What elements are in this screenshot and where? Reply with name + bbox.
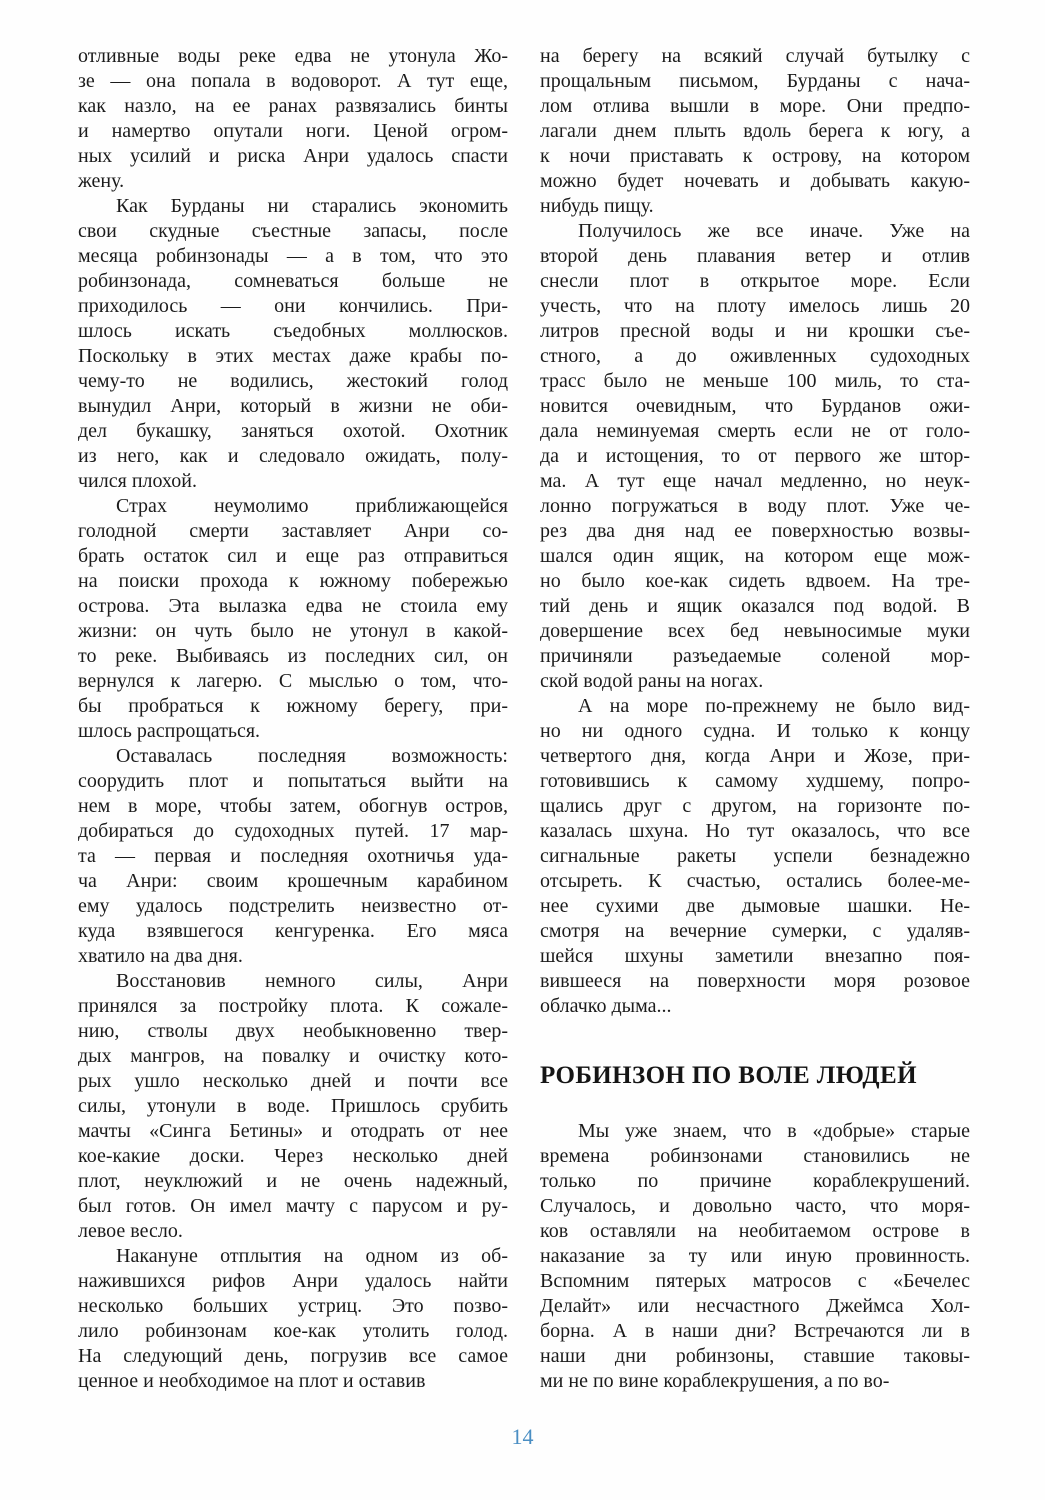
text-line: ему удалось подстрелить неизвестно от- — [78, 894, 508, 919]
text-line: лом отлива вышли в море. Они предпо- — [540, 94, 970, 119]
text-line: хватило на два дня. — [78, 944, 508, 969]
text-line: литров пресной воды и ни крошки съе- — [540, 319, 970, 344]
text-line: смотря на вечерние сумерки, с удаляв- — [540, 919, 970, 944]
text-line: мачты «Синга Бетины» и отодрать от нее — [78, 1119, 508, 1144]
text-line: щались друг с другом, на горизонте по- — [540, 794, 970, 819]
text-line: Случалось, и довольно часто, что моря- — [540, 1194, 970, 1219]
text-line: несколько больших устриц. Это позво- — [78, 1294, 508, 1319]
text-line: и намертво опутали ноги. Ценой огром- — [78, 119, 508, 144]
text-line: но было кое-как сидеть вдвоем. На тре- — [540, 569, 970, 594]
text-line: ма. А тут еще начал медленно, но неук- — [540, 469, 970, 494]
text-line: Накануне отплытия на одном из об- — [78, 1244, 508, 1269]
text-line: лагали днем плыть вдоль берега к югу, а — [540, 119, 970, 144]
text-line: добираться до судоходных путей. 17 мар- — [78, 819, 508, 844]
paragraph: отливные воды реке едва не утонула Жо-зе… — [78, 44, 508, 194]
text-line: ных усилий и риска Анри удалось спасти — [78, 144, 508, 169]
paragraph: Оставалась последняя возможность:сооруди… — [78, 744, 508, 969]
text-line: ми не по вине кораблекрушения, а по во- — [540, 1369, 970, 1394]
text-line: отсыреть. К счастью, остались более-ме- — [540, 869, 970, 894]
text-line: Поскольку в этих местах даже крабы по- — [78, 344, 508, 369]
text-line: Как Бурданы ни старались экономить — [78, 194, 508, 219]
text-line: облачко дыма... — [540, 994, 970, 1019]
paragraph: Накануне отплытия на одном из об-наживши… — [78, 1244, 508, 1394]
text-line: был готов. Он имел мачту с парусом и ру- — [78, 1194, 508, 1219]
text-line: шался один ящик, на котором еще мож- — [540, 544, 970, 569]
text-line: довершение всех бед невыносимые муки — [540, 619, 970, 644]
text-line: Оставалась последняя возможность: — [78, 744, 508, 769]
left-column: отливные воды реке едва не утонула Жо-зе… — [78, 44, 508, 1394]
text-line: то реке. Выбиваясь из последних сил, он — [78, 644, 508, 669]
text-line: шлось искать съедобных моллюсков. — [78, 319, 508, 344]
text-line: новится очевидным, что Бурданов ожи- — [540, 394, 970, 419]
text-line: брать остаток сил и еще раз отправиться — [78, 544, 508, 569]
text-line: как назло, на ее ранах развязались бинты — [78, 94, 508, 119]
text-line: шейся шхуны заметили внезапно поя- — [540, 944, 970, 969]
paragraph: А на море по-прежнему не было вид-но ни … — [540, 694, 970, 1019]
text-line: вившееся на поверхности моря розовое — [540, 969, 970, 994]
text-line: та — первая и последняя охотничья уда- — [78, 844, 508, 869]
text-line: Делайт» или несчастного Джеймса Хол- — [540, 1294, 970, 1319]
paragraph: Страх неумолимо приближающейсяголодной с… — [78, 494, 508, 744]
text-line: к ночи приставать к острову, на котором — [540, 144, 970, 169]
text-line: нибудь пищу. — [540, 194, 970, 219]
text-line: нию, стволы двух необыкновенно твер- — [78, 1019, 508, 1044]
text-line: нее сухими две дымовые шашки. Не- — [540, 894, 970, 919]
text-line: куда взявшегося кенгуренка. Его мяса — [78, 919, 508, 944]
text-line: соорудить плот и попытаться выйти на — [78, 769, 508, 794]
text-line: ской водой раны на ногах. — [540, 669, 970, 694]
text-line: Получилось же все иначе. Уже на — [540, 219, 970, 244]
text-line: казалась шхуна. Но тут оказалось, что вс… — [540, 819, 970, 844]
text-line: четвертого дня, когда Анри и Жозе, при- — [540, 744, 970, 769]
text-line: дых мангров, на повалку и очистку кото- — [78, 1044, 508, 1069]
text-line: плот, неуклюжий и не очень надежный, — [78, 1169, 508, 1194]
text-line: готовившись к самому худшему, попро- — [540, 769, 970, 794]
text-line: зе — она попала в водоворот. А тут еще, — [78, 69, 508, 94]
text-line: но ни одного судна. И только к концу — [540, 719, 970, 744]
text-line: сигнальные ракеты успели безнадежно — [540, 844, 970, 869]
text-line: лило робинзонам кое-как утолить голод. — [78, 1319, 508, 1344]
text-line: силы, утонули в воде. Пришлось срубить — [78, 1094, 508, 1119]
text-line: левое весло. — [78, 1219, 508, 1244]
text-line: вынудил Анри, который в жизни не оби- — [78, 394, 508, 419]
text-line: приходилось — они кончились. При- — [78, 294, 508, 319]
text-line: вернулся к лагерю. С мыслью о том, что- — [78, 669, 508, 694]
text-line: на берегу на всякий случай бутылку с — [540, 44, 970, 69]
right-column: на берегу на всякий случай бутылку спрощ… — [540, 44, 970, 1394]
text-line: На следующий день, погрузив все самое — [78, 1344, 508, 1369]
text-line: Вспомним пятерых матросов с «Бечелес — [540, 1269, 970, 1294]
text-line: ценное и необходимое на плот и оставив — [78, 1369, 508, 1394]
text-line: принялся за постройку плота. К сожале- — [78, 994, 508, 1019]
paragraph: Как Бурданы ни старались экономитьсвои с… — [78, 194, 508, 494]
text-line: рез два дня над ее поверхностью возвы- — [540, 519, 970, 544]
text-line: голодной смерти заставляет Анри со- — [78, 519, 508, 544]
text-columns: отливные воды реке едва не утонула Жо-зе… — [78, 44, 970, 1394]
text-line: да и истощения, то от первого же штор- — [540, 444, 970, 469]
text-line: наказание за ту или иную провинность. — [540, 1244, 970, 1269]
text-line: нажившихся рифов Анри удалось найти — [78, 1269, 508, 1294]
paragraph: Мы уже знаем, что в «добрые» старыевреме… — [540, 1119, 970, 1394]
paragraph: Получилось же все иначе. Уже навторой де… — [540, 219, 970, 694]
text-line: бы пробраться к южному берегу, при- — [78, 694, 508, 719]
text-line: шлось распрощаться. — [78, 719, 508, 744]
text-line: на поиски прохода к южному побережью — [78, 569, 508, 594]
text-line: времена робинзонами становились не — [540, 1144, 970, 1169]
text-line: прощальным письмом, Бурданы с нача- — [540, 69, 970, 94]
paragraph: Восстановив немного силы, Анрипринялся з… — [78, 969, 508, 1244]
text-line: снесли плот в открытое море. Если — [540, 269, 970, 294]
text-line: ча Анри: своим крошечным карабином — [78, 869, 508, 894]
text-line: дала неминуемая смерть если не от голо- — [540, 419, 970, 444]
text-line: трасс было не меньше 100 миль, то ста- — [540, 369, 970, 394]
page-number: 14 — [0, 1424, 1045, 1450]
text-line: стного, а до оживленных судоходных — [540, 344, 970, 369]
text-line: только по причине кораблекрушений. — [540, 1169, 970, 1194]
text-line: лонно погружаться в воду плот. Уже че- — [540, 494, 970, 519]
text-line: Страх неумолимо приближающейся — [78, 494, 508, 519]
text-line: кое-какие доски. Через несколько дней — [78, 1144, 508, 1169]
text-line: чему-то не водились, жестокий голод — [78, 369, 508, 394]
text-line: из него, как и следовало ожидать, полу- — [78, 444, 508, 469]
text-line: можно будет ночевать и добывать какую- — [540, 169, 970, 194]
text-line: жизни: он чуть было не утонул в какой- — [78, 619, 508, 644]
text-line: ков оставляли на необитаемом острове в — [540, 1219, 970, 1244]
text-line: чился плохой. — [78, 469, 508, 494]
text-line: жену. — [78, 169, 508, 194]
text-line: свои скудные съестные запасы, после — [78, 219, 508, 244]
text-line: месяца робинзонады — а в том, что это — [78, 244, 508, 269]
text-line: А на море по-прежнему не было вид- — [540, 694, 970, 719]
text-line: учесть, что на плоту имелось лишь 20 — [540, 294, 970, 319]
text-line: рых ушло несколько дней и почти все — [78, 1069, 508, 1094]
paragraph: на берегу на всякий случай бутылку спрощ… — [540, 44, 970, 219]
text-line: отливные воды реке едва не утонула Жо- — [78, 44, 508, 69]
book-page: отливные воды реке едва не утонула Жо-зе… — [0, 0, 1045, 1500]
text-line: робинзонада, сомневаться больше не — [78, 269, 508, 294]
section-heading: РОБИНЗОН ПО ВОЛЕ ЛЮДЕЙ — [540, 1061, 970, 1091]
text-line: нем в море, чтобы затем, обогнув остров, — [78, 794, 508, 819]
text-line: тий день и ящик оказался под водой. В — [540, 594, 970, 619]
text-line: борна. А в наши дни? Встречаются ли в — [540, 1319, 970, 1344]
text-line: наши дни робинзоны, ставшие таковы- — [540, 1344, 970, 1369]
text-line: острова. Эта вылазка едва не стоила ему — [78, 594, 508, 619]
text-line: Восстановив немного силы, Анри — [78, 969, 508, 994]
text-line: дел букашку, заняться охотой. Охотник — [78, 419, 508, 444]
text-line: причиняли разъедаемые соленой мор- — [540, 644, 970, 669]
text-line: второй день плавания ветер и отлив — [540, 244, 970, 269]
text-line: Мы уже знаем, что в «добрые» старые — [540, 1119, 970, 1144]
